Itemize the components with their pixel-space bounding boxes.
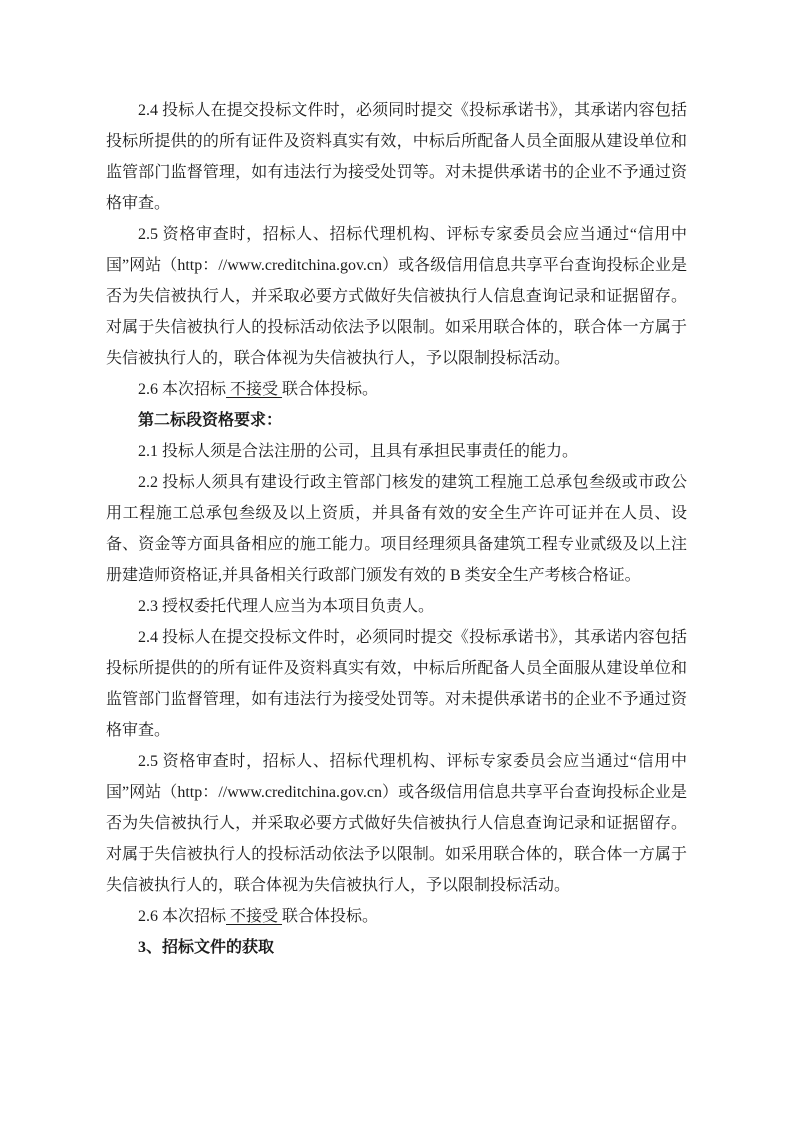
paragraph-2-5-credit-check: 2.5 资格审查时，招标人、招标代理机构、评标专家委员会应当通过“信用中国”网站… (106, 219, 687, 374)
paragraph-2-6-second-suffix: 联合体投标。 (282, 908, 378, 925)
paragraph-2-6-no-consortium: 2.6 本次招标 不接受 联合体投标。 (106, 374, 687, 405)
underlined-not-accepted-second: 不接受 (226, 908, 282, 925)
heading-section-3-obtain-documents: 3、招标文件的获取 (106, 932, 687, 963)
paragraph-2-3-authorized-agent: 2.3 授权委托代理人应当为本项目负责人。 (106, 591, 687, 622)
paragraph-2-5-credit-check-second: 2.5 资格审查时，招标人、招标代理机构、评标专家委员会应当通过“信用中国”网站… (106, 746, 687, 901)
paragraph-2-1-legal-registration: 2.1 投标人须是合法注册的公司，且具有承担民事责任的能力。 (106, 436, 687, 467)
paragraph-2-6-suffix: 联合体投标。 (282, 381, 378, 398)
paragraph-2-6-second-prefix: 2.6 本次招标 (138, 908, 226, 925)
underlined-not-accepted: 不接受 (226, 381, 282, 398)
paragraph-2-2-qualification-grade: 2.2 投标人须具有建设行政主管部门核发的建筑工程施工总承包叁级或市政公用工程施… (106, 467, 687, 591)
paragraph-2-4-commitment: 2.4 投标人在提交投标文件时，必须同时提交《投标承诺书》，其承诺内容包括投标所… (106, 95, 687, 219)
paragraph-2-4-commitment-second: 2.4 投标人在提交投标文件时，必须同时提交《投标承诺书》，其承诺内容包括投标所… (106, 622, 687, 746)
document-page: 2.4 投标人在提交投标文件时，必须同时提交《投标承诺书》，其承诺内容包括投标所… (0, 0, 793, 1122)
paragraph-2-6-prefix: 2.6 本次招标 (138, 381, 226, 398)
paragraph-2-6-no-consortium-second: 2.6 本次招标 不接受 联合体投标。 (106, 901, 687, 932)
heading-section-2-qualification: 第二标段资格要求： (106, 405, 687, 436)
